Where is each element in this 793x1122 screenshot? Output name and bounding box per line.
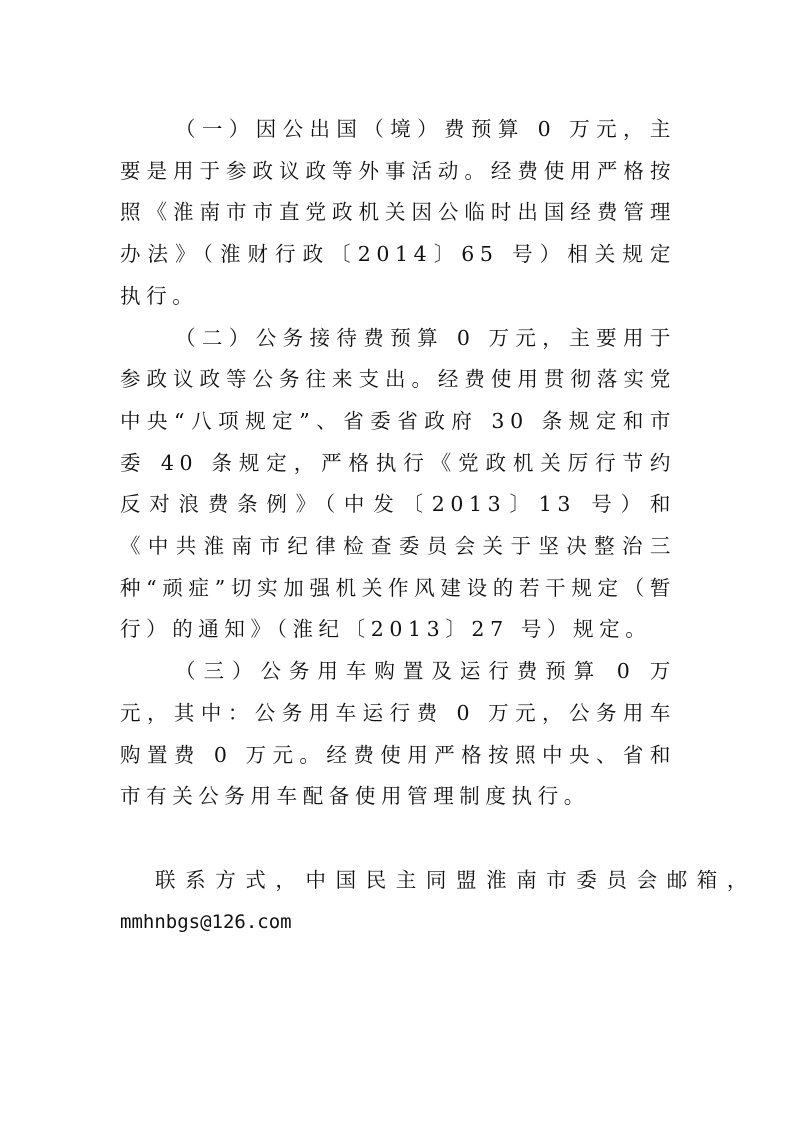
paragraph-official-vehicle-budget: （三）公务用车购置及运行费预算 0 万元，其中：公务用车运行费 0 万元，公务用… (120, 651, 676, 818)
contact-email: mmhnbgs@126.com (120, 902, 676, 944)
paragraph-official-reception-budget: （二）公务接待费预算 0 万元，主要用于参政议政等公务往来支出。经费使用贯彻落实… (120, 318, 676, 652)
paragraph-overseas-travel-budget: （一）因公出国（境）费预算 0 万元，主要是用于参政议政等外事活动。经费使用严格… (120, 109, 676, 318)
contact-info: 联系方式，中国民主同盟淮南市委员会邮箱， mmhnbgs@126.com (120, 860, 676, 943)
document-page: （一）因公出国（境）费预算 0 万元，主要是用于参政议政等外事活动。经费使用严格… (120, 109, 676, 943)
contact-label: 联系方式，中国民主同盟淮南市委员会邮箱， (120, 860, 676, 902)
